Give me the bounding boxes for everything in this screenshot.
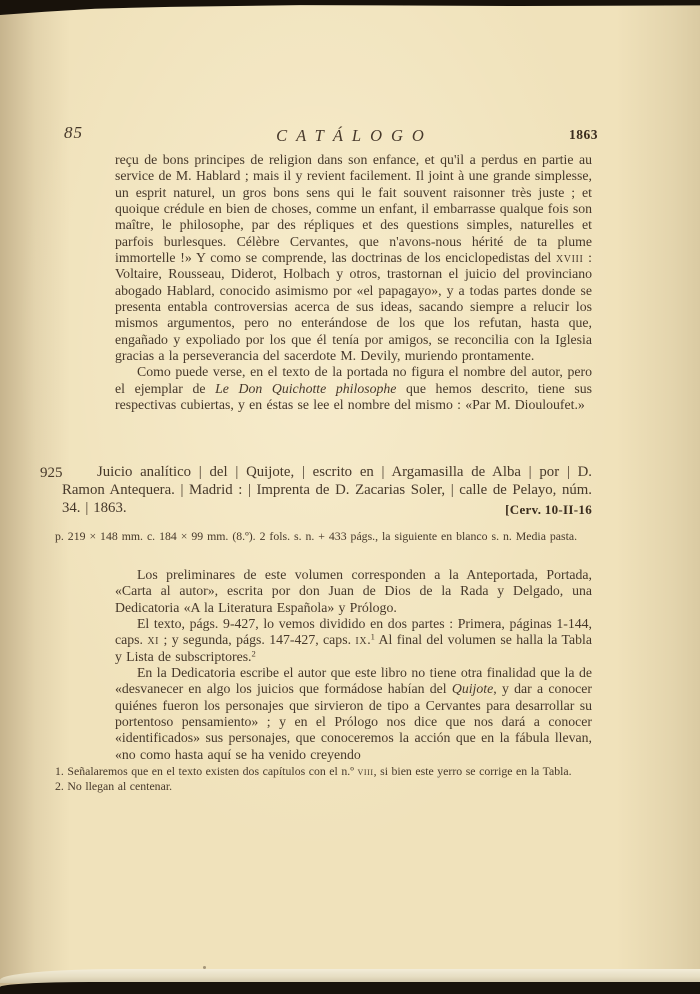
continued-text-block: reçu de bons principes de religion dans …	[115, 152, 592, 414]
running-head-year: 1863	[569, 127, 598, 143]
paragraph-portada-note: Como puede verse, en el texto de la port…	[115, 364, 592, 413]
entry-shelfmark: [Cerv. 10-II-16	[505, 502, 592, 518]
book-page-edges	[0, 969, 700, 983]
paragraph-texto: El texto, págs. 9-427, lo vemos dividido…	[115, 616, 592, 665]
entry-description: Los preliminares de este volumen corresp…	[115, 567, 592, 763]
paragraph-french-quote: reçu de bons principes de religion dans …	[115, 152, 592, 364]
paragraph-dedicatoria: En la Dedicatoria escribe el autor que e…	[115, 665, 592, 763]
scan-edge-top	[0, 0, 700, 15]
entry-number: 925	[40, 465, 63, 482]
paragraph-preliminares: Los preliminares de este volumen corresp…	[115, 567, 592, 616]
footnote-1: 1. Señalaremos que en el texto existen d…	[42, 764, 592, 779]
footnote-2: 2. No llegan al centenar.	[42, 779, 592, 794]
scan-edge-bottom	[0, 982, 700, 994]
footnotes: 1. Señalaremos que en el texto existen d…	[42, 764, 592, 794]
scanned-book-page: 85 CATÁLOGO 1863 reçu de bons principes …	[0, 0, 700, 994]
entry-collation: p. 219 × 148 mm. c. 184 × 99 mm. (8.º). …	[42, 529, 592, 545]
